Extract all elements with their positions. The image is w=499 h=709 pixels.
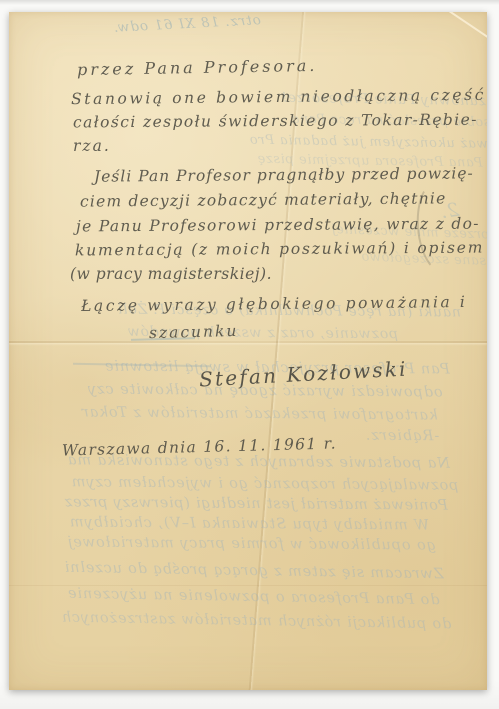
bleedthrough-line: do Pana Profesora o pozwolenie na użycze… bbox=[67, 586, 440, 608]
bleedthrough-line: W mniałaby typu Stawianka I–V), chciałby… bbox=[69, 514, 429, 533]
handwritten-line: rza. bbox=[73, 137, 111, 155]
bleedthrough-line: Zwracam się zatem z gorącą prośbą do ucz… bbox=[64, 560, 444, 583]
handwritten-line: szacunku bbox=[149, 322, 239, 342]
corner-crease bbox=[435, 12, 487, 41]
fold-crease-horizontal bbox=[9, 341, 487, 343]
scanned-letter: otrz. 18 XI 61 odw.2.Wielce Szanowny Pan… bbox=[0, 0, 499, 709]
bleedthrough-line: go opublikować w formie pracy materiałow… bbox=[67, 534, 436, 553]
handwritten-line: je Panu Profesorowi przedstawię, wraz z … bbox=[76, 215, 480, 236]
bleedthrough-line: do publikacji różnych materiałów zastrze… bbox=[61, 610, 452, 633]
handwritten-line: całości zespołu świderskiego z Tokar-Ręb… bbox=[73, 111, 478, 132]
letter-page: otrz. 18 XI 61 odw.2.Wielce Szanowny Pan… bbox=[9, 12, 487, 690]
bleedthrough-line: Ponieważ materiał jest niedługi (pierwsz… bbox=[64, 494, 448, 513]
handwritten-line: przez Pana Profesora. bbox=[77, 56, 318, 79]
handwritten-line: Jeśli Pan Profesor pragnąłby przed powzi… bbox=[94, 164, 474, 185]
bleedthrough-line: Ponieważ ukończyłem już badania Pro bbox=[249, 133, 487, 153]
bleedthrough-line: pozwalających rozpoznać go i wyjechałem … bbox=[71, 474, 458, 493]
received-date-note: otrz. 18 XI 61 odw. bbox=[113, 12, 262, 36]
handwritten-line: ciem decyzji zobaczyć materiały, chętnie bbox=[80, 189, 447, 210]
bleedthrough-line: kartografowi przekazać materiałów z Toka… bbox=[81, 404, 438, 423]
handwritten-line: (w pracy magisterskiej). bbox=[70, 265, 272, 283]
handwritten-line: kumentacją (z moich poszukiwań) i opisem bbox=[75, 239, 484, 260]
bleedthrough-line: -Rąbierz. bbox=[365, 428, 439, 445]
